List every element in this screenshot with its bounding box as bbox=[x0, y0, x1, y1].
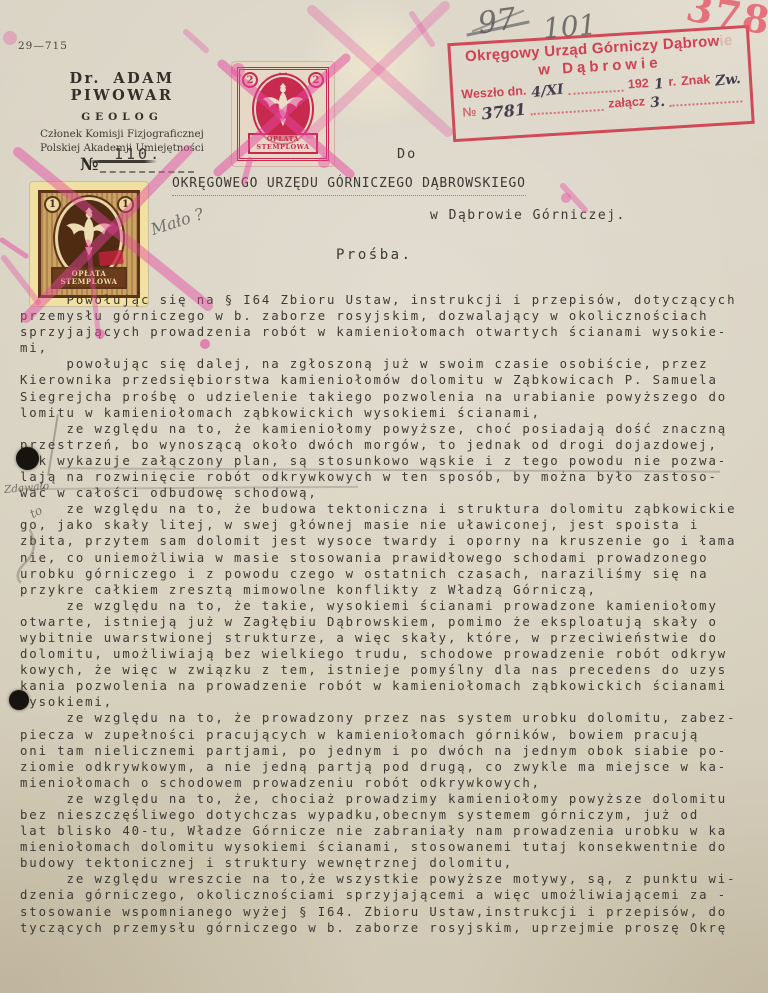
body-paragraph: ze względu na to, że takie, wysokiemi śc… bbox=[20, 598, 764, 711]
to-label: Do bbox=[397, 146, 417, 162]
znak-handwritten: Zw. bbox=[715, 74, 742, 87]
stamp-value-badge: 2 bbox=[308, 72, 324, 88]
body-paragraph: Powołując się na § I64 Zbioru Ustaw, ins… bbox=[20, 292, 764, 356]
body-paragraph: powołując się dalej, na zgłoszoną już w … bbox=[20, 356, 764, 420]
number-label: № bbox=[462, 105, 477, 120]
year-suffix: r. bbox=[668, 74, 676, 88]
pencil-number: 101 bbox=[542, 8, 598, 46]
body-paragraph: ze względu na to, że budowa tektoniczna … bbox=[20, 501, 764, 598]
dotted-leader bbox=[568, 81, 623, 95]
subject-line: Prośba. bbox=[336, 247, 413, 263]
znak-label: Znak bbox=[681, 72, 711, 88]
revenue-stamp-1-marka: 1 1 OPŁATA STEMPLOWA bbox=[30, 182, 148, 306]
revenue-stamp-1-frame: 1 1 OPŁATA STEMPLOWA bbox=[38, 190, 140, 298]
stemplowa-text: STEMPLOWA bbox=[250, 144, 316, 152]
stamp-duty-label: OPŁATA STEMPLOWA bbox=[51, 267, 127, 289]
letterhead-name: Dr. ADAM PIWOWAR bbox=[26, 70, 218, 104]
reference-number-value: 110. bbox=[114, 145, 162, 163]
office-received-stamp: Okręgowy Urząd Górniczy Dąbrowie w Dąbro… bbox=[447, 25, 754, 142]
year-handwritten: 1 bbox=[653, 79, 664, 90]
number-handwritten: 3781 bbox=[481, 105, 526, 120]
body-paragraph: ze względu na to, że kamieniołomy powyżs… bbox=[20, 421, 764, 501]
addressee-line: OKRĘGOWEGO URZĘDU GÓRNICZEGO DĄBROWSKIEG… bbox=[172, 176, 526, 196]
eagle-icon bbox=[259, 80, 307, 133]
zalacz-handwritten: 3. bbox=[650, 97, 666, 109]
eagle-medallion bbox=[256, 77, 310, 141]
letterhead-title: GEOLOG bbox=[26, 111, 218, 123]
addressee-city: w Dąbrowie Górniczej. bbox=[430, 208, 626, 223]
stemplowa-text: STEMPLOWA bbox=[53, 278, 125, 286]
punch-hole bbox=[9, 690, 29, 710]
body-paragraph: ze względu na to, że prowadzony przez na… bbox=[20, 710, 764, 790]
body-paragraph: ze względu wreszcie na to,że wszystkie p… bbox=[20, 871, 764, 935]
punch-hole bbox=[16, 447, 39, 470]
received-date-handwritten: 4/XI bbox=[531, 84, 564, 98]
scanned-letter-page: 29—715 Dr. ADAM PIWOWAR GEOLOG Członek K… bbox=[0, 0, 768, 993]
dotted-leader bbox=[669, 91, 742, 106]
stamp-duty-label: OPŁATA STEMPLOWA bbox=[248, 133, 318, 154]
reference-underline bbox=[100, 171, 194, 173]
dotted-leader bbox=[531, 100, 604, 115]
stamp-value-badge: 1 bbox=[44, 196, 61, 213]
body-paragraph: ze względu na to, że, chociaż prowadzimy… bbox=[20, 791, 764, 871]
letterhead-member-line1: Członek Komisji Fizjograficznej bbox=[26, 128, 218, 140]
received-label: Weszło dn. bbox=[461, 84, 527, 102]
red-overprint-mark bbox=[98, 250, 123, 266]
revenue-stamp-2: 2 2 OPŁATA STEMPLOWA bbox=[232, 62, 334, 166]
revenue-stamp-2-frame: 2 2 OPŁATA STEMPLOWA bbox=[237, 67, 329, 161]
form-number: 29—715 bbox=[18, 40, 68, 52]
letter-body: Powołując się na § I64 Zbioru Ustaw, ins… bbox=[20, 292, 764, 936]
reference-number-symbol: № bbox=[80, 155, 98, 175]
malo-pencil-note: Mało ? bbox=[148, 204, 206, 239]
zalacz-label: załącz bbox=[608, 94, 646, 110]
year-printed: 192 bbox=[627, 76, 649, 91]
stamp-value-badge: 1 bbox=[117, 196, 134, 213]
stamp-value-badge: 2 bbox=[242, 72, 258, 88]
